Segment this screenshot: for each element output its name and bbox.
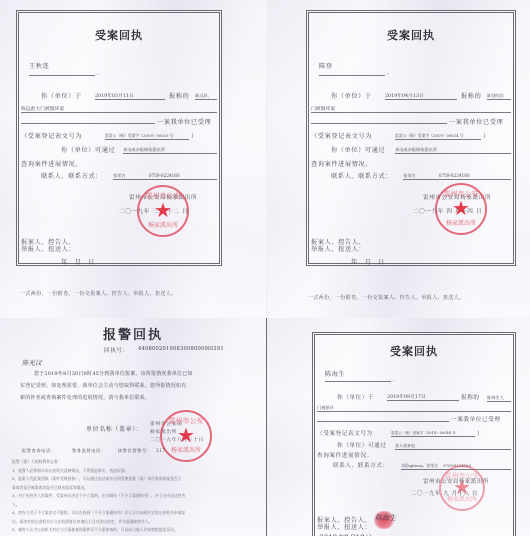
recipient-name: 王秋连 bbox=[29, 61, 49, 70]
prefix-you: 你（单位）于 bbox=[337, 393, 374, 401]
rule-item: 人。 bbox=[12, 501, 242, 510]
colon: : bbox=[97, 71, 99, 77]
receipt-title: 受案回执 bbox=[309, 27, 513, 43]
query-prefix: 你（单位）可通过 bbox=[337, 441, 387, 449]
reg-number: 雷雷公（杨）受案字（2019）00048 号 bbox=[391, 431, 475, 437]
unit-label: 单位名称（盖章）： bbox=[86, 424, 142, 433]
alarm-receipt: 报警回执 回执号： 44080020190830080009l0291 陈光汉 … bbox=[0, 318, 266, 536]
rules-title: 报警（案）人的权利和义务： bbox=[12, 458, 242, 467]
contact-name: 张荣吉 bbox=[403, 173, 416, 178]
signer-label-2: 举报人、扭送人： bbox=[317, 522, 371, 531]
query-via: 来电或亲临杨家派出所 bbox=[395, 147, 511, 154]
receipt-title: 受案回执 bbox=[19, 27, 219, 43]
recipient-name: 陈海生 bbox=[325, 369, 345, 378]
report-label: 报称的 bbox=[461, 393, 480, 401]
reg-number: 雷雷公（杨）受案字（2019）00023 号 bbox=[105, 133, 189, 140]
contact-phone: 0759-8224160 bbox=[439, 173, 470, 178]
body-line-3: 新的补充或查询案件处理的进展情况，请与我单位联系。 bbox=[20, 394, 150, 401]
receipt-title: 受案回执 bbox=[315, 343, 513, 359]
official-seal: 雷州市公安 ★ 杨家派出所 bbox=[435, 183, 487, 235]
case-name-line-1: 陈登的店 bbox=[487, 93, 511, 100]
rule-item: 1、报警人必须如实向公安机关反映情况，不得捏造事实，伪造证据。 bbox=[12, 467, 242, 476]
contact-phone: 0759-8224160 bbox=[149, 173, 180, 178]
supervision-phone-label: 警务监督电话： bbox=[72, 448, 106, 454]
handwritten-name: 陈海生 bbox=[375, 513, 396, 523]
reg-prefix: （受案登记表文号为 bbox=[311, 131, 372, 140]
sign-date: 年 月 日 bbox=[351, 257, 385, 266]
receipt-no: 44080020190830080009l0291 bbox=[138, 346, 224, 352]
accepted-text: 一案我单位已受理 bbox=[157, 117, 211, 126]
case-name-line-2: 门被损坏 bbox=[317, 405, 511, 412]
star-icon: ★ bbox=[452, 198, 470, 218]
rule-item: 5、被害人认为公安机关对应当立案侦查的案件而不立案侦查的，可以向当地人民检察院提… bbox=[12, 526, 242, 535]
reg-suffix: ） bbox=[483, 131, 490, 140]
contact-label: 联系人、联系方式： bbox=[333, 461, 389, 469]
contact-name: 张荣吉 bbox=[113, 173, 126, 178]
seal-bottom-text: 杨家派出所 bbox=[162, 445, 210, 454]
receipt-no-label: 回执号： bbox=[104, 346, 129, 354]
accepted-text: 一案我单位已受理 bbox=[451, 415, 501, 423]
contact-label: 联系人、联系方式： bbox=[331, 171, 392, 180]
colon: : bbox=[387, 71, 389, 77]
rule-item: 案或者是否被案或者是否已移送起诉等情况。 bbox=[12, 484, 242, 493]
rule-item: 3、对于有控告人的案件，受案单位决定不予立案的，应当制作《不予立案通知书》，并七… bbox=[12, 492, 242, 501]
seal-bottom-text: 杨家派出所 bbox=[139, 220, 187, 229]
copy-note: 一式两份，一份附卷，一份交报案人、控告人、举报人、扭送人。 bbox=[308, 294, 465, 301]
report-date: 2019年03月11日 bbox=[95, 92, 165, 100]
contact-name: 刘国options、张荣吉 bbox=[401, 463, 438, 468]
query-via: 来人或来电 bbox=[395, 443, 511, 450]
signer-label-2: 举报人、扭送人： bbox=[311, 244, 365, 253]
blank-line bbox=[21, 123, 155, 124]
official-seal: 雷州市公安 ★ 杨家派出所 bbox=[137, 185, 189, 237]
recipient-underline bbox=[319, 75, 385, 76]
query-prefix: 你（单位）可通过 bbox=[61, 145, 115, 154]
reg-number: 雷雷公（杨）受案字（2019）00024 号 bbox=[395, 133, 481, 140]
star-icon: ★ bbox=[177, 425, 195, 445]
contact-info: 张荣吉 0759-8224160 bbox=[403, 173, 511, 180]
report-date: 2019年09月17日 bbox=[387, 393, 459, 401]
receipt-frame: 受案回执 陈登 : 你（单位）于 2019年04月13日 报称的 陈登的店 门被… bbox=[306, 10, 516, 266]
body-line-2: 实登记受理。如处理需要，我单位会主动与您取得联系。您所报情况如有 bbox=[20, 382, 186, 389]
sign-date: 年 月 日 bbox=[61, 257, 95, 266]
case-receipt-3: 受案回执 陈海生 , 你（单位）于 2019年09月17日 报称的 陈海生大 门… bbox=[266, 318, 530, 536]
rights-and-duties: 报警（案）人的权利和义务： 1、报警人必须如实向公安机关反映情况，不得捏造事实，… bbox=[12, 458, 242, 536]
progress-text: 查询案件进展情况。 bbox=[317, 451, 373, 459]
query-phone-label: 报警查询电话： bbox=[22, 448, 56, 454]
receipt-frame: 受案回执 王秋连 : 你（单位）于 2019年03月11日 报称的 陈远祥、 陈… bbox=[16, 10, 222, 266]
recipient-name: 陈登 bbox=[319, 61, 333, 70]
case-receipt-2: 受案回执 陈登 : 你（单位）于 2019年04月13日 报称的 陈登的店 门被… bbox=[268, 0, 530, 322]
report-date: 2019年04月13日 bbox=[385, 92, 457, 100]
star-icon: ★ bbox=[154, 200, 172, 220]
case-name-line-1: 陈远祥、 bbox=[195, 93, 217, 100]
sheet-edge bbox=[266, 318, 267, 536]
officer-no-label: 接警民警警号： bbox=[118, 448, 152, 454]
rule-item: 议。原决定的公安机关应当在收到复议申请后七日内作出决定，并书面通知控告人。 bbox=[12, 518, 242, 527]
case-name-line-2: 陈远彪大门被毁坏案 bbox=[21, 105, 217, 113]
alarm-title: 报警回执 bbox=[0, 324, 266, 343]
prefix-you: 你（单位）于 bbox=[41, 91, 82, 100]
official-seal: 雷州市公安 ★ 杨家派出所 bbox=[439, 465, 485, 511]
accepted-text: 一案我单位已受理 bbox=[449, 117, 503, 126]
body-line-1: 您于2019年8月30日8时45分到我单位报案，该所报情况我单位已如 bbox=[34, 370, 193, 377]
case-receipt-1: 受案回执 王秋连 : 你（单位）于 2019年03月11日 报称的 陈远祥、 陈… bbox=[0, 0, 266, 322]
reg-suffix: ） bbox=[191, 131, 198, 140]
colon: , bbox=[393, 377, 395, 383]
official-seal: 雷州市公安 ★ 杨家派出所 bbox=[160, 410, 212, 462]
signer-label-2: 举报人、扭送人： bbox=[21, 244, 75, 253]
progress-text: 查询案件进展情况。 bbox=[311, 159, 372, 168]
recipient-handwritten: 陈光汉 bbox=[22, 358, 42, 367]
officer-no: 217 bbox=[156, 448, 166, 453]
seal-bottom-text: 杨家派出所 bbox=[437, 218, 485, 227]
receipt-frame: 受案回执 陈海生 , 你（单位）于 2019年09月17日 报称的 陈海生大 门… bbox=[312, 332, 516, 536]
query-via: 来电或亲临杨家派出所 bbox=[123, 147, 217, 154]
blank-line bbox=[311, 123, 447, 124]
blank-line bbox=[317, 421, 449, 422]
query-prefix: 你（单位）可通过 bbox=[331, 145, 385, 154]
case-name-line-2: 门被毁坏案 bbox=[311, 105, 511, 113]
contact-info: 张荣吉 0759-8224160 bbox=[113, 173, 217, 180]
contact-label: 联系人、联系方式： bbox=[41, 171, 102, 180]
reg-prefix: （受案登记表文号为 bbox=[21, 131, 82, 140]
recipient-underline bbox=[29, 75, 95, 76]
prefix-you: 你（单位）于 bbox=[331, 91, 372, 100]
seal-bottom-text: 杨家派出所 bbox=[441, 494, 483, 503]
report-label: 报称的 bbox=[169, 91, 189, 100]
reg-prefix: （受案登记表文号为 bbox=[317, 429, 373, 437]
report-label: 报称的 bbox=[461, 91, 481, 100]
rule-item: 4、控告人对于不立案决定不服的，可以在收到《不予立案通知书》后七日内向原决定的公… bbox=[12, 509, 242, 518]
progress-text: 查询案件进展情况。 bbox=[21, 159, 82, 168]
recipient-underline bbox=[325, 381, 391, 382]
rule-item: 2、报案人凭此案回执（案件受理回执），可以通过电话或亲自到受理报警（案）单位查询… bbox=[12, 475, 242, 484]
copy-note: 一式两份，一份附卷，一份交报案人、控告人、举报人、扭送人。 bbox=[20, 290, 177, 297]
reg-suffix: ） bbox=[477, 429, 483, 437]
case-name-line-1: 陈海生大 bbox=[487, 395, 511, 402]
